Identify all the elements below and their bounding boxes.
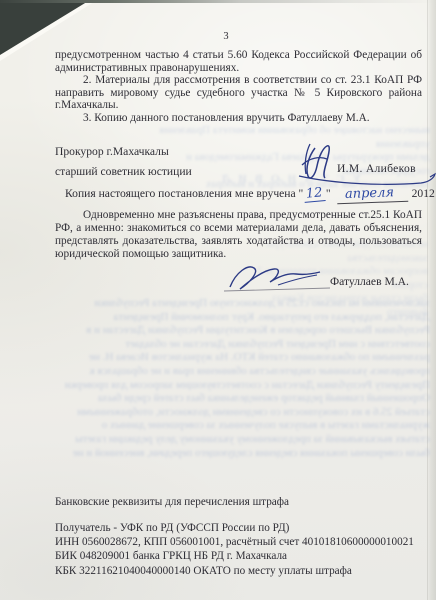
receipt-prefix: Копия настоящего постановления мне вруче… <box>65 187 303 200</box>
recipient-name: Фатуллаев М.А. <box>330 275 409 288</box>
bank-details-heading: Банковские реквизиты для перечисления шт… <box>55 496 414 508</box>
bank-details-block: Банковские реквизиты для перечисления шт… <box>55 496 414 578</box>
bank-inn-kpp-account-line: ИНН 0560028672, КПП 056001001, расчётный… <box>55 535 414 549</box>
bleedthrough-text-block: заключениями на письмо ст.25 и должностн… <box>48 297 430 460</box>
paragraph-continuation: предусмотренном частью 4 статьи 5.60 Код… <box>55 49 422 74</box>
signatory-title-line2: старший советник юстиции <box>55 162 192 182</box>
fatullaev-signature-ink <box>220 262 336 296</box>
paragraph-item-3: 3. Копию данного постановления вручить Ф… <box>55 112 422 125</box>
bank-kbk-okato-line: КБК 32211621040040000140 ОКАТО по месту … <box>55 564 414 578</box>
handwritten-month: апреля <box>336 185 408 204</box>
receipt-close-quote: " <box>326 187 331 200</box>
bank-recipient-line: Получатель - УФК по РД (УФССП России по … <box>55 521 414 535</box>
bank-bik-line: БИК 048209001 банка ГРКЦ НБ РД г. Махачк… <box>55 549 414 563</box>
scanned-document-page: вынесено настоящее об образовании комите… <box>0 0 436 600</box>
rights-paragraph: Одновременно мне разъяснены права, преду… <box>55 209 422 261</box>
signatory-name: И.М. Алибеков <box>337 162 416 175</box>
signatory-block: Прокурор г.Махачкалы старший советник юс… <box>55 142 192 182</box>
page-number: 3 <box>0 31 436 42</box>
receipt-year: 2012 г. <box>412 187 436 200</box>
handwritten-day: 12 <box>304 185 326 203</box>
scanner-background-corner <box>0 0 90 55</box>
resolution-paragraphs: предусмотренном частью 4 статьи 5.60 Код… <box>55 49 422 125</box>
signatory-title-line1: Прокурор г.Махачкалы <box>55 142 192 162</box>
page-right-edge <box>427 0 428 600</box>
scan-right-shadow <box>427 0 436 600</box>
paragraph-item-2: 2. Материалы для рассмотрения в соответс… <box>55 74 422 112</box>
receipt-line: Копия настоящего постановления мне вруче… <box>65 186 436 203</box>
bank-details-lines: Получатель - УФК по РД (УФССП России по … <box>55 521 414 578</box>
scan-top-shadow <box>0 0 436 3</box>
